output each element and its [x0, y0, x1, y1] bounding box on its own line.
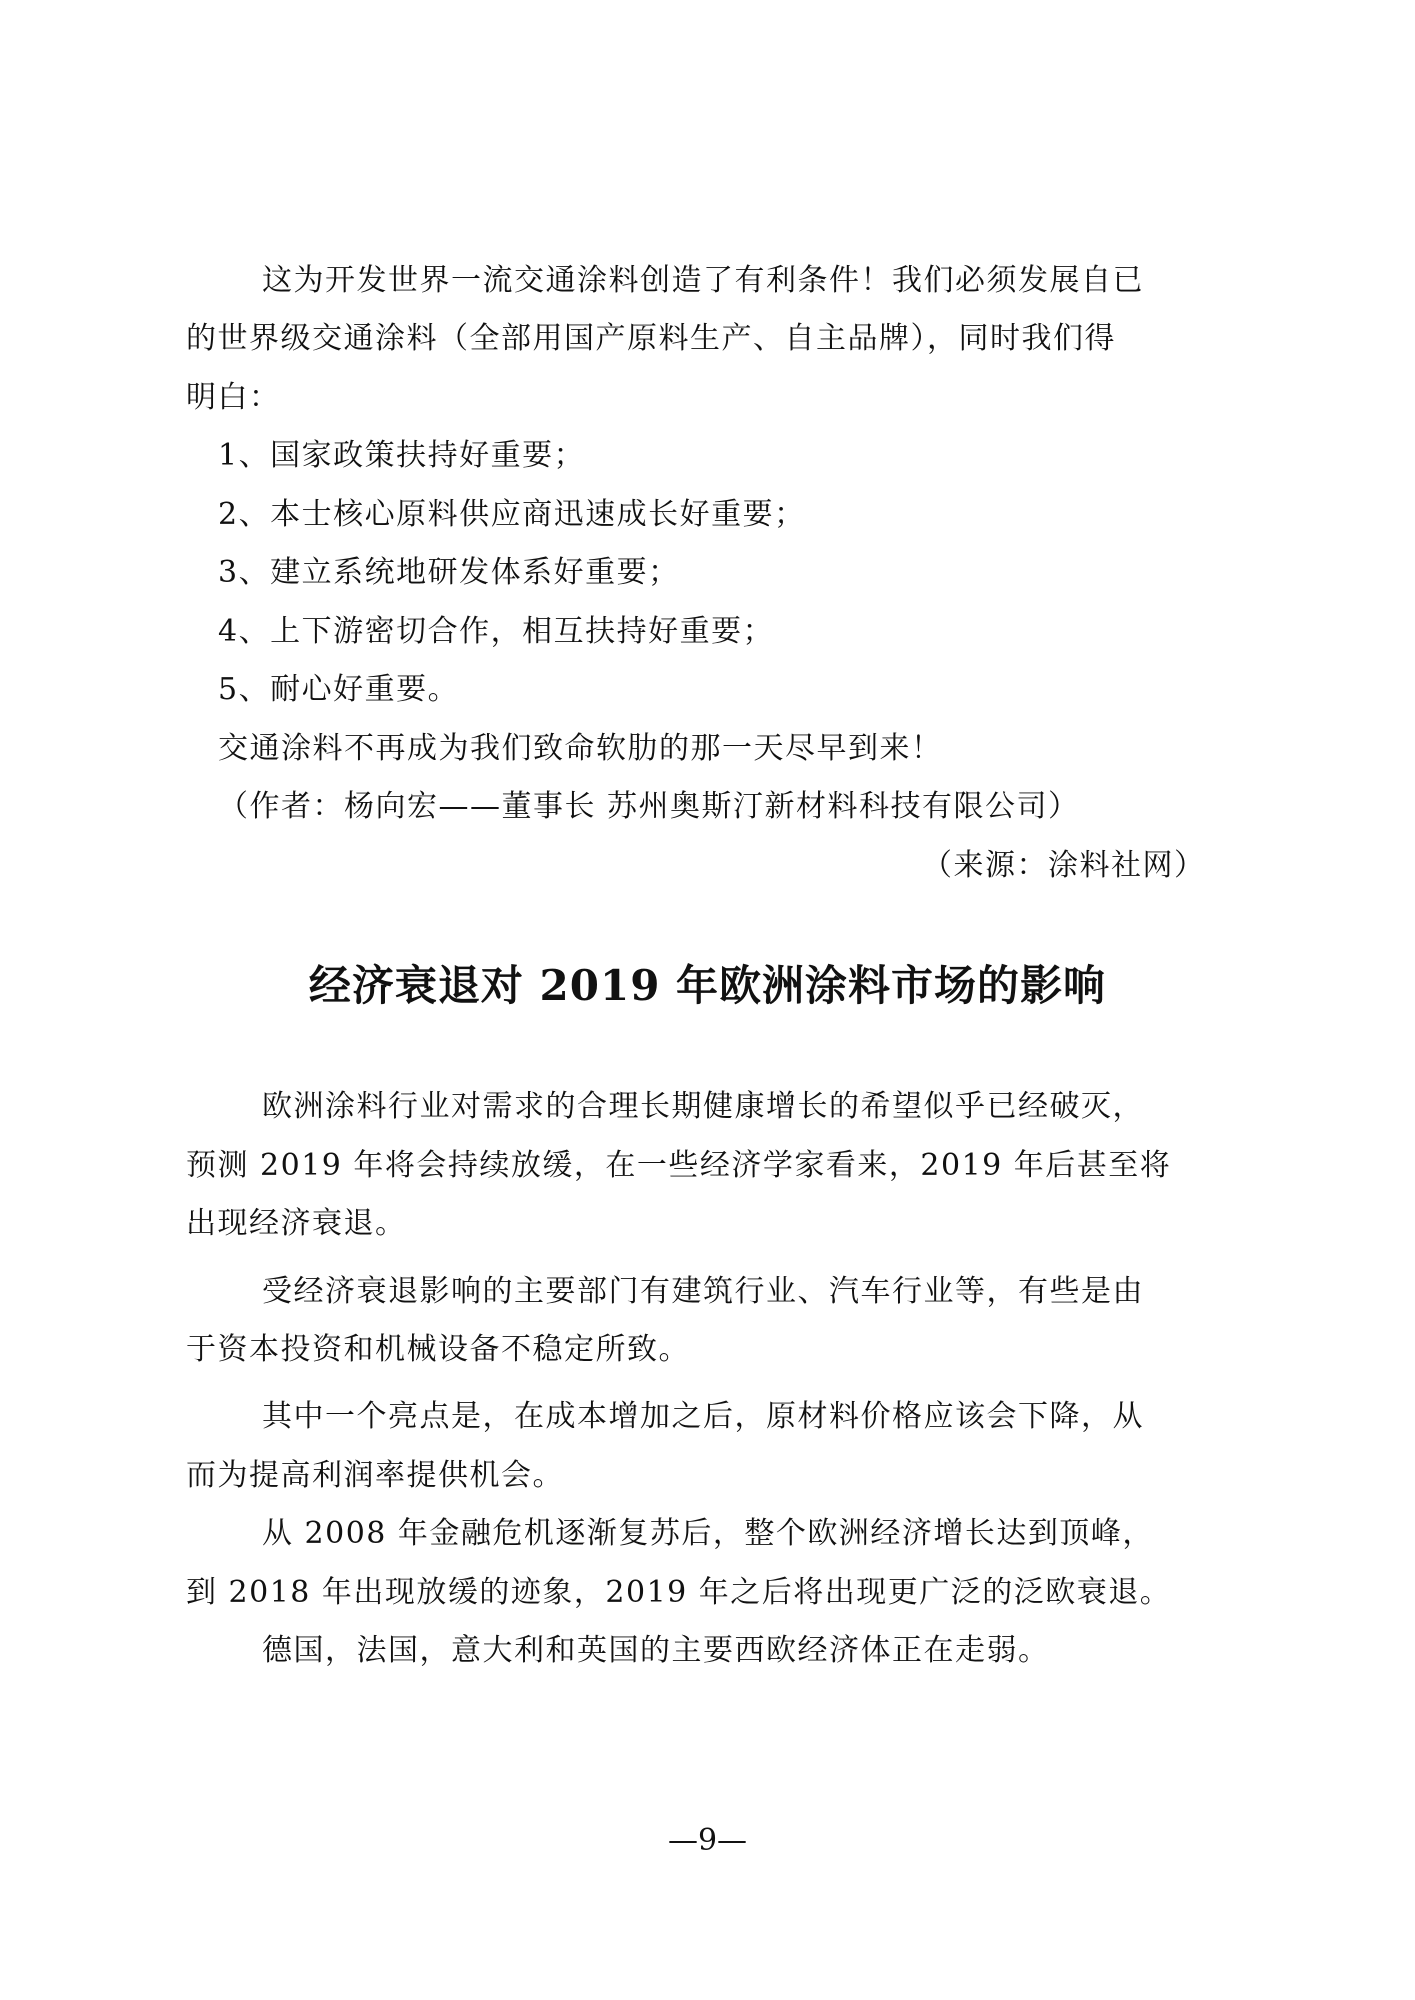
author-credit: （作者：杨向宏——董事长 苏州奥斯汀新材料科技有限公司） [218, 781, 1080, 825]
paragraph-line: 的世界级交通涂料（全部用国产原料生产、自主品牌），同时我们得 [186, 313, 1116, 357]
page-number: —9— [0, 1823, 1415, 1858]
paragraph-line: 到 2018 年出现放缓的迹象，2019 年之后将出现更广泛的泛欧衰退。 [186, 1567, 1171, 1611]
list-item: 1、国家政策扶持好重要； [218, 430, 585, 474]
paragraph-line: 这为开发世界一流交通涂料创造了有利条件！我们必须发展自已 [262, 255, 1144, 299]
list-item: 3、建立系统地研发体系好重要； [218, 547, 680, 591]
paragraph-line: 出现经济衰退。 [186, 1198, 407, 1242]
article-title: 经济衰退对 2019 年欧洲涂料市场的影响 [0, 953, 1415, 1013]
paragraph-line: 明白： [186, 372, 281, 416]
paragraph-line: 德国，法国，意大利和英国的主要西欧经济体正在走弱。 [262, 1625, 1050, 1669]
paragraph-line: 预测 2019 年将会持续放缓，在一些经济学家看来，2019 年后甚至将 [186, 1140, 1171, 1184]
paragraph-line: 从 2008 年金融危机逐渐复苏后，整个欧洲经济增长达到顶峰， [262, 1508, 1154, 1552]
list-item: 2、本士核心原料供应商迅速成长好重要； [218, 489, 806, 533]
closing-line: 交通涂料不再成为我们致命软肋的那一天尽早到来！ [218, 723, 943, 767]
list-item: 5、耐心好重要。 [218, 664, 459, 708]
source-credit: （来源：涂料社网） [922, 840, 1206, 884]
paragraph-line: 受经济衰退影响的主要部门有建筑行业、汽车行业等，有些是由 [262, 1266, 1144, 1310]
list-item: 4、上下游密切合作，相互扶持好重要； [218, 606, 774, 650]
paragraph-line: 欧洲涂料行业对需求的合理长期健康增长的希望似乎已经破灭， [262, 1081, 1144, 1125]
paragraph-line: 于资本投资和机械设备不稳定所致。 [186, 1324, 690, 1368]
paragraph-line: 其中一个亮点是，在成本增加之后，原材料价格应该会下降，从 [262, 1391, 1144, 1435]
paragraph-line: 而为提高利润率提供机会。 [186, 1450, 564, 1494]
